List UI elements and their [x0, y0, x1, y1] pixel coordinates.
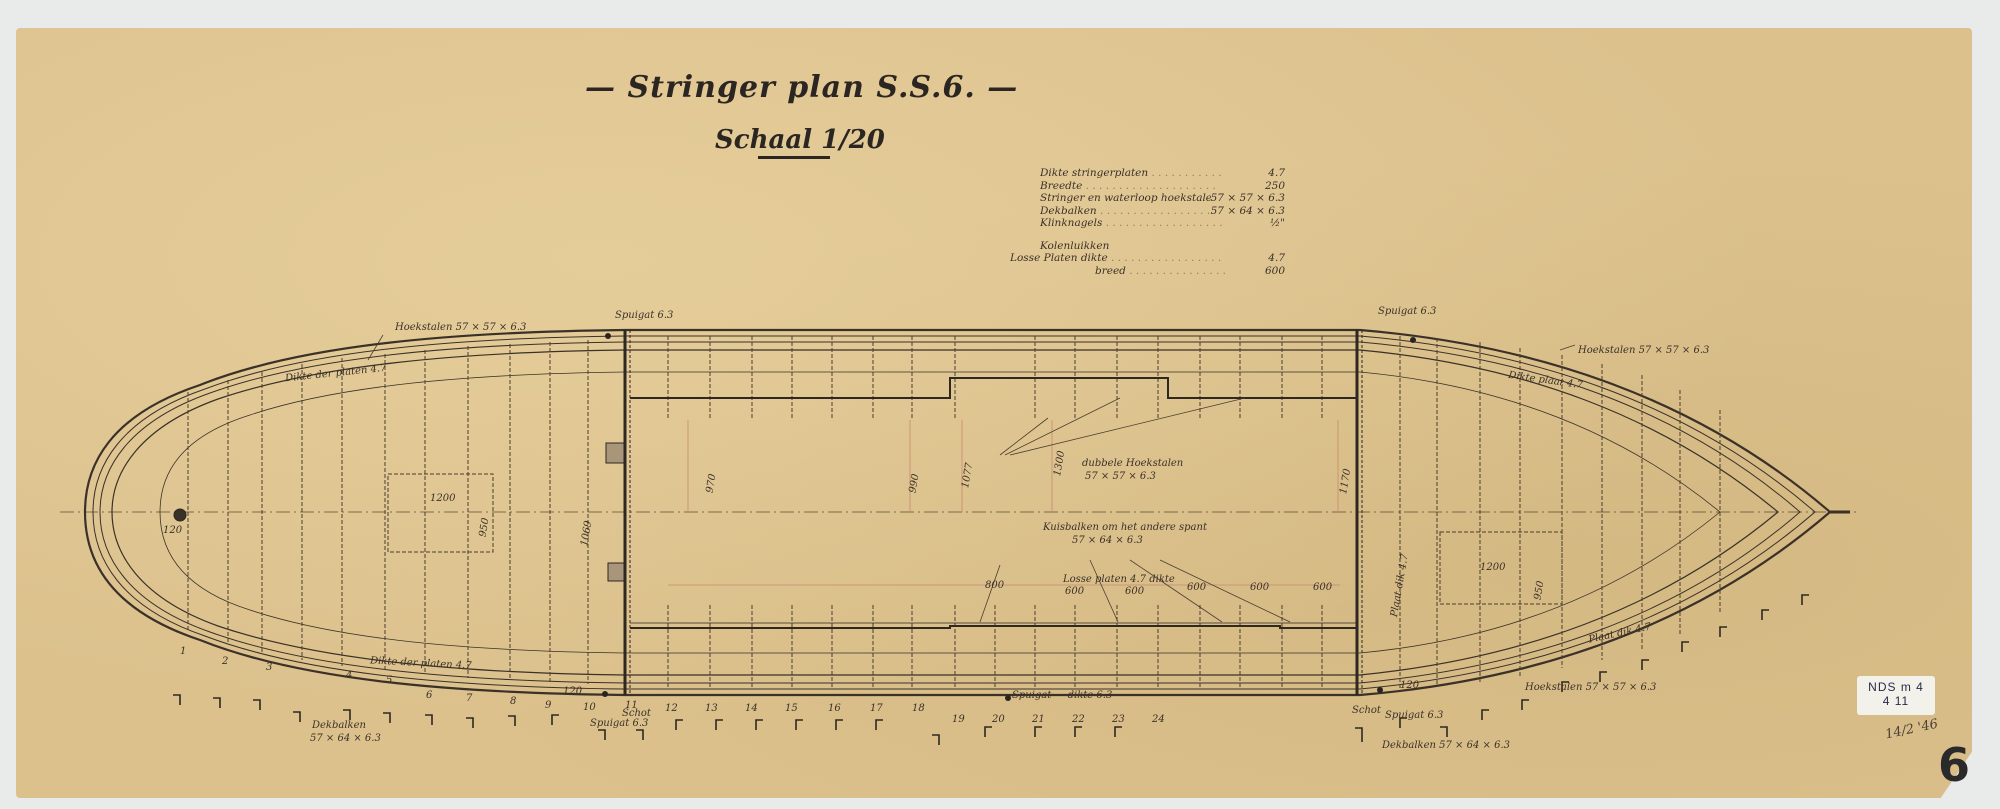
frame-number: 5 [386, 675, 392, 686]
bulkheads [625, 330, 1362, 695]
frame-number: 9 [545, 700, 551, 711]
frame-number: 17 [870, 703, 883, 714]
hatch-openings [388, 474, 1562, 604]
annotation-spuigat-center: Spuigat — dikte 6.3 [1012, 690, 1112, 701]
legend-row: Klinknagels½" [1040, 217, 1285, 230]
dim-spacing-2: 600 [1125, 586, 1144, 597]
annotation-hoekstalen-aft-bottom: Hoekstalen 57 × 57 × 6.3 [1525, 682, 1656, 693]
sheet-number: 6 [1938, 738, 1970, 792]
hull-outline [85, 330, 1850, 695]
frame-number: 3 [266, 662, 272, 673]
frame-number: 12 [665, 703, 678, 714]
legend-row: Breedte250 [1040, 180, 1285, 193]
frame-number: 6 [426, 690, 432, 701]
annotation-spuigat-bottom-right: Spuigat 6.3 [1385, 710, 1443, 721]
frame-number: 20 [992, 714, 1005, 725]
frame-number: 21 [1032, 714, 1045, 725]
annotation-spuigat-bottom-left: Spuigat 6.3 [590, 718, 648, 729]
stringer-plan-drawing [0, 0, 2000, 809]
annotation-schot-right: Schot [1352, 705, 1381, 716]
scale-underline [758, 156, 830, 159]
dim-spacing-5: 600 [1313, 582, 1332, 593]
legend-row: breed600 [1040, 265, 1285, 278]
legend-row: Stringer en waterloop hoekstalen57 × 57 … [1040, 192, 1285, 205]
frame-number: 18 [912, 703, 925, 714]
dim-spacing-0: 800 [985, 580, 1004, 591]
scupper-markers [602, 333, 1416, 701]
frame-number: 2 [222, 656, 228, 667]
annotation-dubbele-hoekstalen-size: 57 × 57 × 6.3 [1085, 471, 1156, 482]
frame-number: 16 [828, 703, 841, 714]
legend-section-heading: Kolenluikken [1040, 240, 1285, 253]
frame-number: 7 [466, 693, 472, 704]
dim-spacing-3: 600 [1187, 582, 1206, 593]
frame-number: 8 [510, 696, 516, 707]
dim-hatch-aft: 1200 [1480, 562, 1505, 573]
frame-number: 19 [952, 714, 965, 725]
frame-number: 4 [346, 670, 352, 681]
annotation-dekbalken-right: Dekbalken 57 × 64 × 6.3 [1382, 740, 1510, 751]
dim-mast: 120 [163, 525, 182, 536]
annotation-kuisbalken: Kuisbalken om het andere spant [1043, 522, 1207, 533]
dim-stringer-aft: 120 [1400, 680, 1419, 691]
frame-number: 15 [785, 703, 798, 714]
dimension-lines [668, 420, 1340, 585]
dim-hatch-fore: 1200 [430, 493, 455, 504]
dim-spacing-1: 600 [1065, 586, 1084, 597]
frame-number: 14 [745, 703, 758, 714]
dim-spacing-4: 600 [1250, 582, 1269, 593]
legend-row: Dikte stringerplaten4.7 [1040, 167, 1285, 180]
legend-row: Losse Platen dikte4.7 [1010, 252, 1285, 265]
frame-number: 13 [705, 703, 718, 714]
frame-number: 10 [583, 702, 596, 713]
annotation-dekbalken-left-size: 57 × 64 × 6.3 [310, 733, 381, 744]
annotation-dekbalken-left: Dekbalken [312, 720, 366, 731]
dekbalken-markers [173, 595, 1809, 745]
annotation-spuigat-top-left: Spuigat 6.3 [615, 310, 673, 321]
frame-number: 1 [180, 646, 186, 657]
archive-label: NDS m 4 4 11 [1857, 676, 1935, 715]
frame-number: 11 [625, 700, 638, 711]
drawing-scale: Schaal 1/20 [715, 125, 885, 155]
drawing-title: — Stringer plan S.S.6. — [585, 70, 1018, 105]
specification-legend: Dikte stringerplaten4.7 Breedte250 Strin… [1040, 167, 1285, 277]
annotation-hoekstalen-aft-top: Hoekstalen 57 × 57 × 6.3 [1578, 345, 1709, 356]
dim-stringer-fore: 120 [563, 686, 582, 697]
deck-beams [188, 336, 1720, 689]
annotation-spuigat-top-right: Spuigat 6.3 [1378, 306, 1436, 317]
annotation-hoekstalen-fore: Hoekstalen 57 × 57 × 6.3 [395, 322, 526, 333]
frame-number: 24 [1152, 714, 1165, 725]
legend-row: Dekbalken57 × 64 × 6.3 [1040, 205, 1285, 218]
frame-number: 23 [1112, 714, 1125, 725]
annotation-dubbele-hoekstalen: dubbele Hoekstalen [1082, 458, 1183, 469]
annotation-losse-platen: Losse platen 4.7 dikte [1063, 574, 1175, 585]
annotation-kuisbalken-size: 57 × 64 × 6.3 [1072, 535, 1143, 546]
frame-number: 22 [1072, 714, 1085, 725]
